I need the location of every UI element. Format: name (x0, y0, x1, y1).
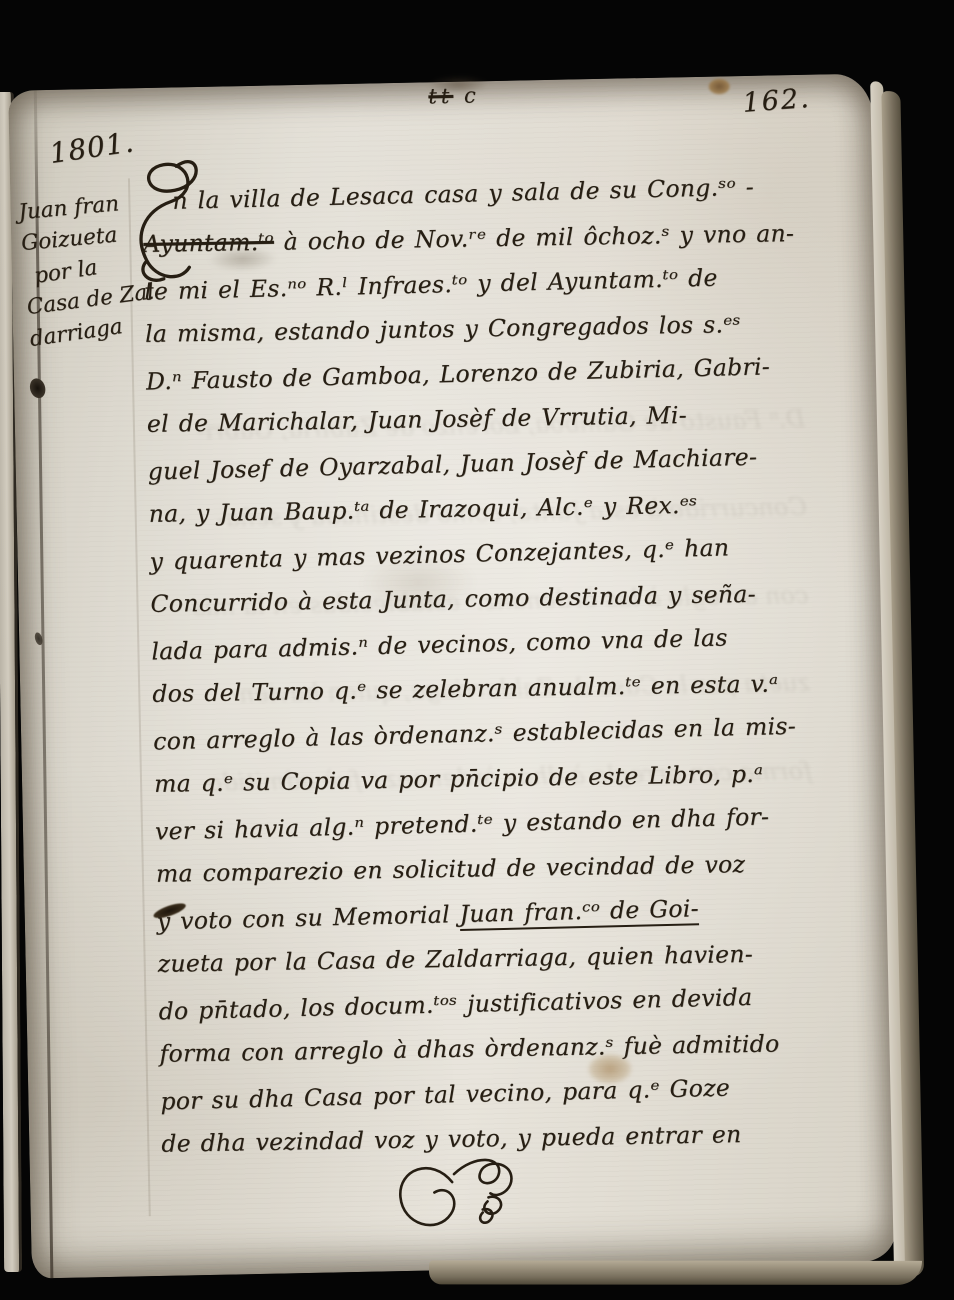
stitch-knot (28, 377, 48, 400)
cancellation-mark-rest: c (464, 83, 480, 107)
rubric-flourish (381, 1146, 553, 1249)
page-number: 162. (741, 83, 811, 119)
cancellation-mark-struck: tt (428, 84, 453, 108)
body-text: n la villa de Lesaca casa y sala de su C… (142, 173, 838, 1176)
photo-background: { "photo": { "background_color": "#05050… (0, 0, 954, 1300)
stain (708, 78, 730, 94)
page-stack-edge-bottom (429, 1260, 922, 1284)
cancellation-mark: tt c (428, 83, 480, 108)
manuscript-page: D.ⁿ Fausto de Gamboa, Lorenzo de Zubiria… (8, 73, 896, 1278)
